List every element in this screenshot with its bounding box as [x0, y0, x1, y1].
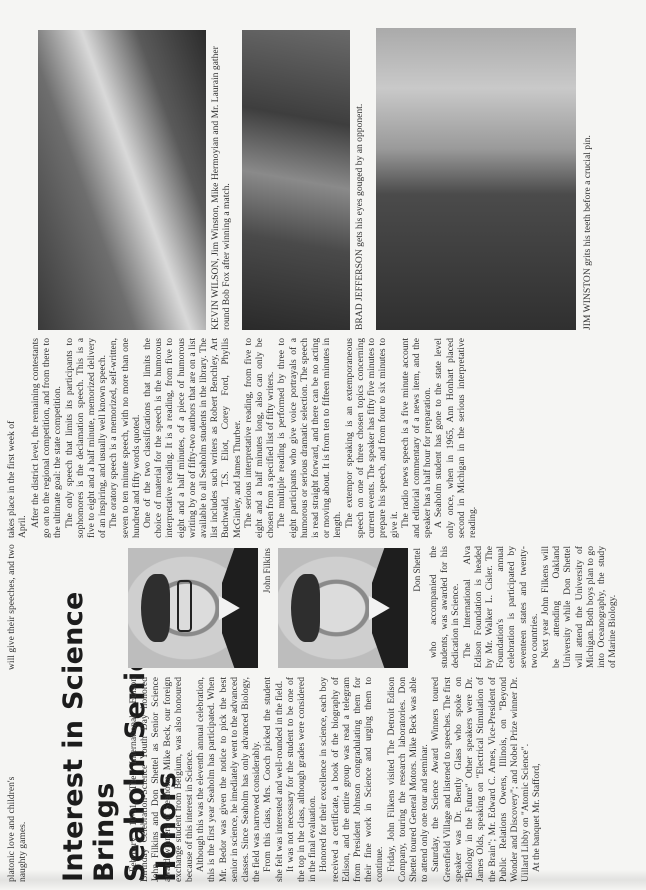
article-paragraph: February 10-11, The International Edison…	[128, 677, 195, 882]
forensics-paragraph: The multiple reading is performed by thr…	[276, 338, 343, 538]
forensics-paragraph: The extempor speaking is an extemporaneo…	[344, 338, 400, 538]
portrait-caption: John Filkins	[262, 548, 272, 668]
forensics-paragraph: A Seaholm student has gone to the state …	[433, 338, 478, 538]
carryover-right-line-1: takes place in the first week of	[6, 338, 17, 538]
carryover-mid-line: will give their speeches, and two	[6, 540, 17, 670]
carryover-left-line-1: platonic love and children's	[6, 677, 17, 882]
article-column-a: February 10-11, The International Edison…	[128, 677, 643, 882]
page-edge-shadow	[0, 870, 646, 890]
forensics-paragraph: One of the two classifications that limi…	[142, 338, 243, 538]
portrait-photo-don-shettel	[278, 548, 408, 668]
article-paragraph: It was not necessary for the student to …	[285, 677, 319, 882]
forensics-paragraph: The serious interpretative reading, from…	[243, 338, 277, 538]
article-column-b: who accompanied the students, was awarde…	[428, 546, 643, 668]
article-paragraph: The International Alva Edison Foundation…	[462, 546, 540, 668]
photo-caption: BRAD JEFFERSON gets his eyes gouged by a…	[354, 30, 365, 330]
article-paragraph: At the banquet Mr. Stafford,	[531, 677, 542, 882]
carryover-left: platonic love and children's naughty gam…	[6, 677, 28, 882]
article-paragraph: Honored for their excellence in science,…	[318, 677, 385, 882]
article-paragraph: Although this was the eleventh annual ce…	[195, 677, 262, 882]
wrestling-photo-team-gather	[38, 30, 206, 330]
newspaper-page: platonic love and children's naughty gam…	[0, 0, 646, 890]
wrestling-photo-brad-jefferson	[242, 30, 350, 330]
article-paragraph: who accompanied the students, was awarde…	[428, 546, 462, 668]
article-paragraph: Saturday, the Science Award Winners tour…	[430, 677, 531, 882]
wrestling-photo-jim-winston	[376, 28, 576, 330]
forensics-paragraph: The radio news speech is a five minute a…	[400, 338, 434, 538]
photo-caption: JIM WINSTON grits his teeth before a cru…	[582, 30, 593, 330]
forensics-column: After the district level, the remaining …	[30, 338, 642, 538]
forensics-paragraph: The only speech that limits its particip…	[64, 338, 109, 538]
carryover-right-line-2: April.	[17, 338, 28, 538]
carryover-mid: will give their speeches, and two	[6, 540, 17, 670]
forensics-paragraph: The oratory speech is a memorized, self-…	[108, 338, 142, 538]
article-paragraph: Next year John Filkens will be attending…	[540, 546, 618, 668]
article-paragraph: Friday, John Filkens visited The Detroit…	[386, 677, 431, 882]
headline-line-1: Interest in Science Brings	[58, 542, 120, 882]
article-paragraph: From this class, Mrs. Cooch picked the s…	[262, 677, 284, 882]
carryover-left-line-2: naughty games.	[17, 677, 28, 882]
carryover-right: takes place in the first week of April.	[6, 338, 28, 538]
forensics-paragraph: After the district level, the remaining …	[30, 338, 64, 538]
portrait-caption: Don Shettel	[412, 548, 422, 668]
portrait-photo-john-filkins	[128, 548, 258, 668]
photo-caption: KEVIN WILSON, Jim Winston, Mike Hermoyia…	[210, 30, 232, 330]
